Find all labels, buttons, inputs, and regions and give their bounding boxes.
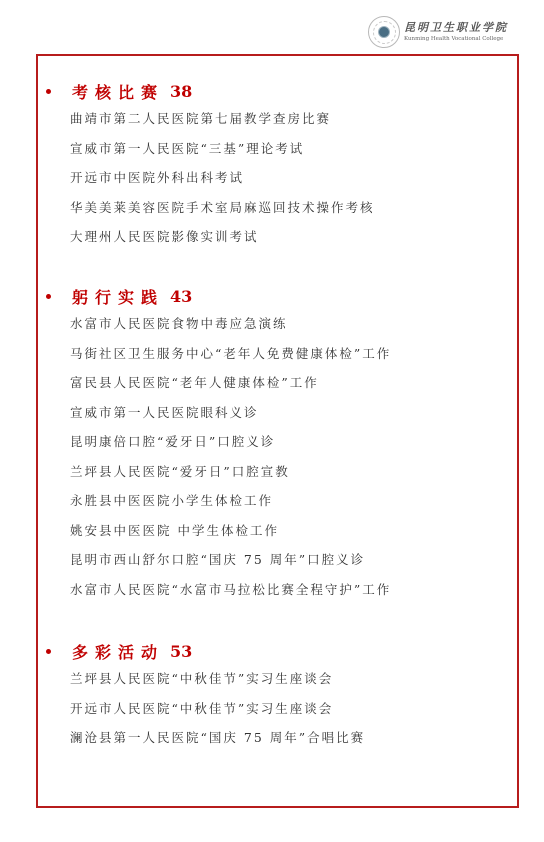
bullet-icon [46, 89, 51, 94]
college-logo: 昆明卫生职业学院 Kunming Health Vocational Colle… [368, 15, 508, 49]
section-exams: 考核比赛 38 曲靖市第二人民医院第七届教学查房比赛 宣威市第一人民医院“三基”… [38, 80, 375, 255]
section-count: 43 [170, 287, 192, 306]
list-item: 曲靖市第二人民医院第七届教学查房比赛 [70, 107, 375, 137]
list-item: 马街社区卫生服务中心“老年人免费健康体检”工作 [70, 342, 391, 372]
section-count: 38 [170, 82, 192, 101]
list-item: 水富市人民医院“水富市马拉松比赛全程守护”工作 [70, 578, 391, 608]
list-item: 兰坪县人民医院“中秋佳节”实习生座谈会 [70, 667, 365, 697]
list-item: 华美美莱美容医院手术室局麻巡回技术操作考核 [70, 196, 375, 226]
college-emblem-icon [368, 16, 400, 48]
list-item: 大理州人民医院影像实训考试 [70, 225, 375, 255]
list-item: 开远市中医院外科出科考试 [70, 166, 375, 196]
logo-chinese-name: 昆明卫生职业学院 [404, 21, 508, 35]
section-count: 53 [170, 642, 192, 661]
section-practice: 躬行实践 43 水富市人民医院食物中毒应急演练 马街社区卫生服务中心“老年人免费… [38, 285, 391, 607]
list-item: 兰坪县人民医院“爱牙日”口腔宣教 [70, 460, 391, 490]
bullet-icon [46, 649, 51, 654]
list-item: 永胜县中医医院小学生体检工作 [70, 489, 391, 519]
list-item: 开远市人民医院“中秋佳节”实习生座谈会 [70, 697, 365, 727]
logo-english-name: Kunming Health Vocational College [404, 35, 508, 43]
bullet-icon [46, 294, 51, 299]
list-item: 姚安县中医医院 中学生体检工作 [70, 519, 391, 549]
section-title: 考核比赛 [72, 80, 164, 103]
list-item: 宣威市第一人民医院眼科义诊 [70, 401, 391, 431]
list-item: 水富市人民医院食物中毒应急演练 [70, 312, 391, 342]
list-item: 宣威市第一人民医院“三基”理论考试 [70, 137, 375, 167]
list-item: 昆明康倍口腔“爱牙日”口腔义诊 [70, 430, 391, 460]
list-item: 富民县人民医院“老年人健康体检”工作 [70, 371, 391, 401]
section-title: 躬行实践 [72, 285, 164, 308]
list-item: 澜沧县第一人民医院“国庆 75 周年”合唱比赛 [70, 726, 365, 756]
content-frame: 考核比赛 38 曲靖市第二人民医院第七届教学查房比赛 宣威市第一人民医院“三基”… [36, 54, 519, 808]
section-activities: 多彩活动 53 兰坪县人民医院“中秋佳节”实习生座谈会 开远市人民医院“中秋佳节… [38, 640, 365, 756]
section-title: 多彩活动 [72, 640, 164, 663]
list-item: 昆明市西山舒尔口腔“国庆 75 周年”口腔义诊 [70, 548, 391, 578]
